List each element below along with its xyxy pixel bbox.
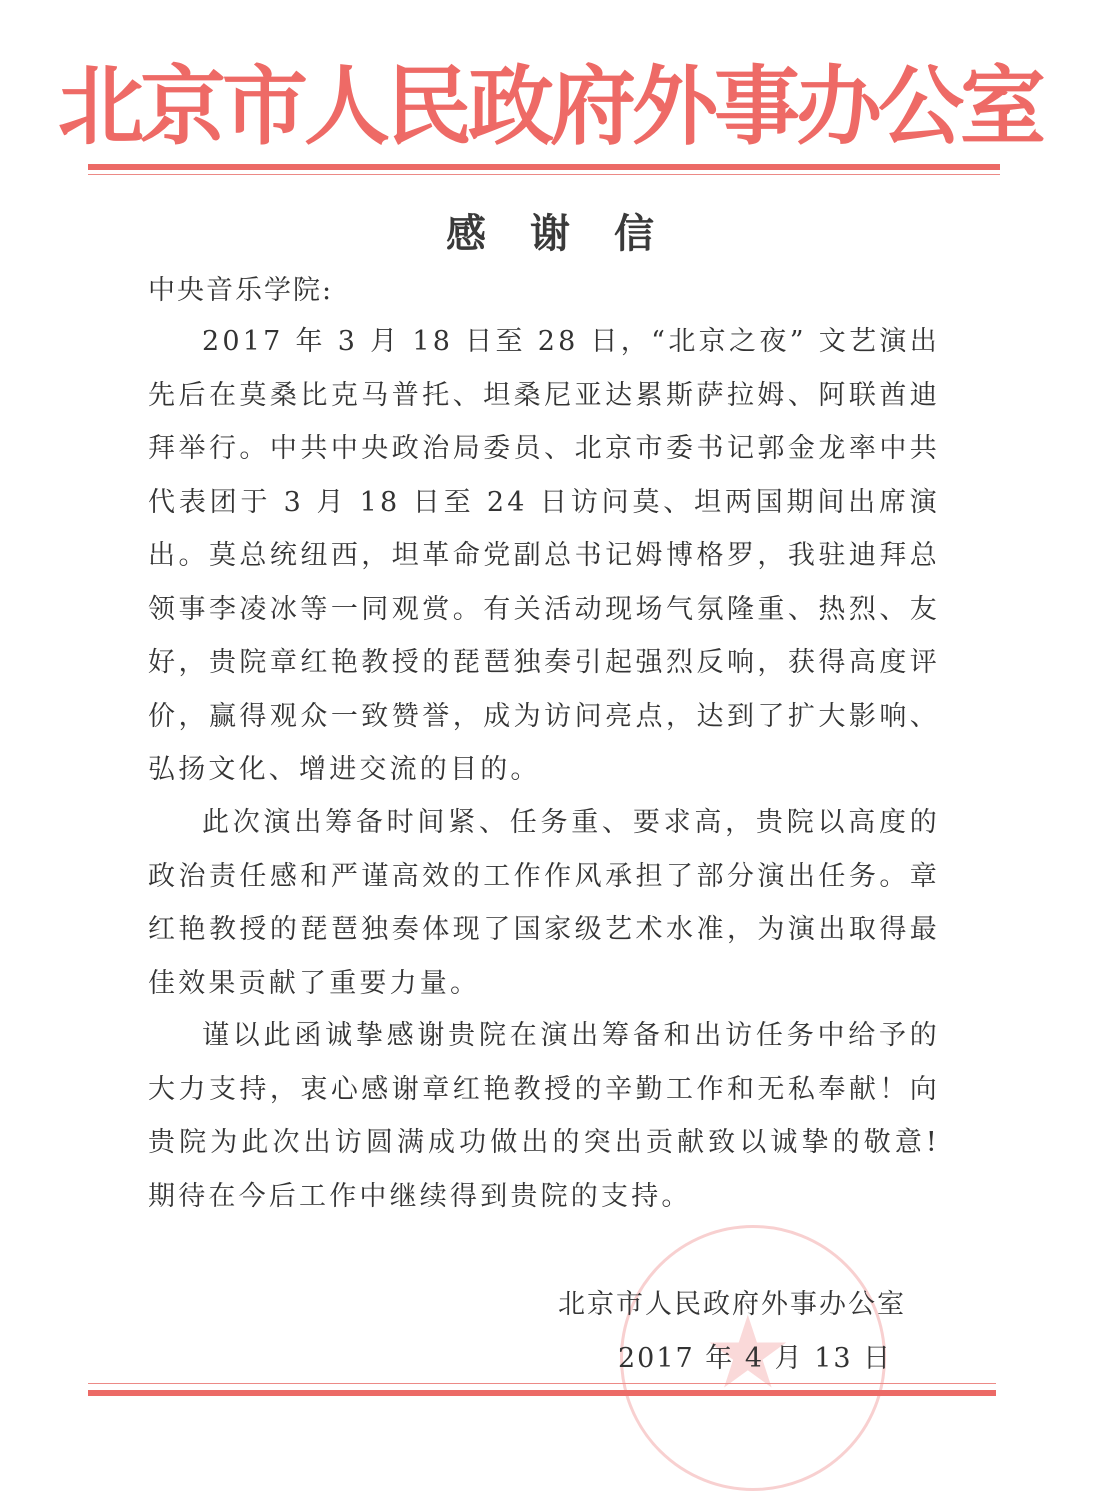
letter-body-3: 谨以此函诚挚感谢贵院在演出筹备和出访任务中给予的大力支持，衷心感谢章红艳教授的辛…	[148, 1009, 940, 1223]
signature-organization: 北京市人民政府外事办公室	[558, 1282, 906, 1321]
footer-divider	[88, 1390, 996, 1396]
footer-divider-thin	[88, 1383, 996, 1384]
document-title: 感谢信	[0, 202, 1100, 259]
letter-body-2: 此次演出筹备时间紧、任务重、要求高，贵院以高度的政治责任感和严谨高效的工作作风承…	[148, 796, 940, 1010]
letterhead-title: 北京市人民政府外事办公室	[0, 52, 1100, 162]
paragraph-2: 此次演出筹备时间紧、任务重、要求高，贵院以高度的政治责任感和严谨高效的工作作风承…	[148, 796, 940, 1010]
letter-body: 2017 年 3 月 18 日至 28 日，“北京之夜” 文艺演出先后在莫桑比克…	[148, 315, 940, 797]
paragraph-3: 谨以此函诚挚感谢贵院在演出筹备和出访任务中给予的大力支持，衷心感谢章红艳教授的辛…	[148, 1009, 940, 1223]
header-divider-thin	[88, 174, 1000, 175]
salutation: 中央音乐学院:	[148, 268, 333, 307]
signature-date: 2017 年 4 月 13 日	[618, 1336, 892, 1375]
header-divider	[88, 164, 1000, 170]
paragraph-1: 2017 年 3 月 18 日至 28 日，“北京之夜” 文艺演出先后在莫桑比克…	[148, 315, 940, 797]
